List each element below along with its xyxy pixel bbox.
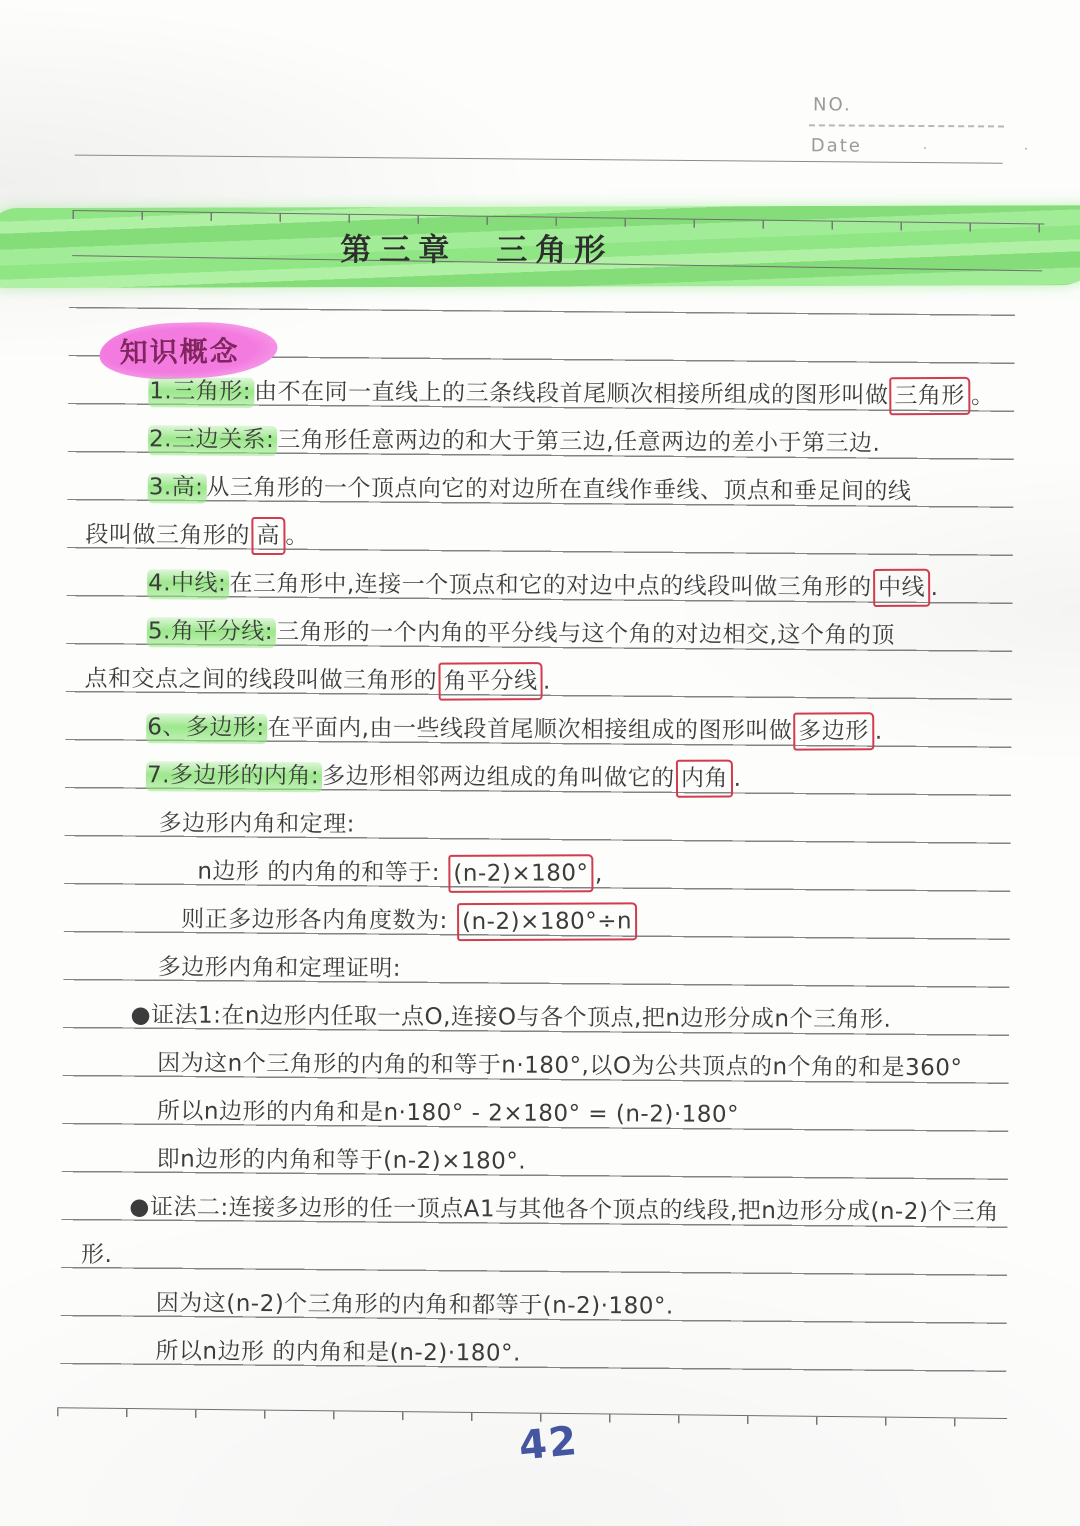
note-line: 5.角平分线:三角形的一个内角的平分线与这个角的对边相交,这个角的顶 [65,610,1040,664]
red-boxed-term: 多边形 [793,712,874,750]
date-handwritten-marks: · · [923,141,1074,158]
note-line: 2.三边关系:三角形任意两边的和大于第三边,任意两边的差小于第三边. [66,418,1041,472]
green-highlighted-term: 5.角平分线: [147,617,276,648]
note-line: 形. [61,1234,1036,1288]
green-highlighted-term: 1.三角形: [148,377,254,408]
green-highlighted-term: 3.高: [148,473,207,503]
note-text: 所以n边形的内角和是n·180° - 2×180° = (n-2)·180° [157,1098,739,1128]
note-text: 三角形的一个内角的平分线与这个角的对边相交,这个角的顶 [276,619,895,649]
note-text: 。 [285,523,309,549]
red-boxed-term: 三角形 [889,377,970,415]
header-rule-line [75,155,1003,164]
note-line: 6、多边形:在平面内,由一些线段首尾顺次相接组成的图形叫做多边形. [64,706,1039,760]
note-text: . [734,766,742,792]
note-text: . [931,575,939,601]
note-text: 所以n边形 的内角和是(n-2)·180°. [155,1338,521,1366]
note-text: 三角形任意两边的和大于第三边,任意两边的差小于第三边. [277,427,880,457]
note-text: ●证法1:在n边形内任取一点O,连接O与各个顶点,把n边形分成n个三角形. [130,1002,891,1033]
note-line: 即n边形的内角和等于(n-2)×180°. [61,1138,1036,1192]
note-line: 段叫做三角形的高。 [65,514,1040,568]
note-line: 因为这n个三角形的内角的和等于n·180°,以O为公共顶点的n个角的和是360° [62,1042,1037,1096]
note-text: 段叫做三角形的 [85,522,250,549]
note-line: ●证法1:在n边形内任取一点O,连接O与各个顶点,把n边形分成n个三角形. [62,994,1037,1048]
note-text: 则正多边形各内角度数为: [181,906,456,934]
no-label: NO. [813,94,852,115]
note-line: 则正多边形各内角度数为: (n-2)×180°÷n [63,898,1038,952]
no-dotted-line [809,114,1004,127]
note-text: 因为这n个三角形的内角的和等于n·180°,以O为公共顶点的n个角的和是360° [157,1050,962,1081]
note-text: 由不在同一直线上的三条线段首尾顺次相接所组成的图形叫做 [254,379,889,409]
note-text: ●证法二:连接多边形的任一顶点A1与其他各个顶点的线段,把n边形分成(n-2)个… [129,1194,999,1225]
section-label: 知识概念 [119,330,239,371]
note-line: 多边形内角和定理证明: [63,946,1038,1000]
note-text: n边形 的内角的和等于: [197,859,448,887]
red-boxed-term: (n-2)×180° [449,854,594,893]
red-boxed-term: 中线 [873,569,930,607]
note-text: . [875,719,883,745]
note-line: 7.多边形的内角:多边形相邻两边组成的角叫做它的内角. [64,754,1039,808]
green-highlighted-term: 7.多边形的内角: [146,761,322,792]
note-text: 在三角形中,连接一个顶点和它的对边中点的线段叫做三角形的 [229,571,871,601]
note-line: 3.高:从三角形的一个顶点向它的对边所在直线作垂线、顶点和垂足间的线 [66,466,1041,520]
photo-tilt-wrapper: NO. Date · · 第三章 三角形 知识概念 1.三角形:由不在同一直线上… [0,0,1080,1526]
note-line: ●证法二:连接多边形的任一顶点A1与其他各个顶点的线段,把n边形分成(n-2)个… [61,1186,1036,1240]
note-text: 即n边形的内角和等于(n-2)×180°. [157,1146,527,1174]
note-line: 点和交点之间的线段叫做三角形的角平分线. [64,658,1039,712]
red-boxed-term: 角平分线 [438,662,542,700]
note-line: 所以n边形 的内角和是(n-2)·180°. [60,1330,1035,1384]
note-text: 多边形相邻两边组成的角叫做它的 [322,763,675,791]
note-text: 多边形内角和定理: [159,810,355,837]
note-text: 多边形内角和定理证明: [158,954,401,981]
note-text: 形. [81,1242,112,1268]
note-line: 4.中线:在三角形中,连接一个顶点和它的对边中点的线段叫做三角形的中线. [65,562,1040,616]
green-highlighted-term: 6、多边形: [146,713,268,744]
note-text: 从三角形的一个顶点向它的对边所在直线作垂线、顶点和垂足间的线 [206,475,911,505]
note-line: 1.三角形:由不在同一直线上的三条线段首尾顺次相接所组成的图形叫做三角形。 [66,370,1041,424]
red-boxed-term: 内角 [676,760,733,798]
note-text: , [595,861,603,887]
notes-body: 1.三角形:由不在同一直线上的三条线段首尾顺次相接所组成的图形叫做三角形。2.三… [60,370,1041,1384]
notebook-page: NO. Date · · 第三章 三角形 知识概念 1.三角形:由不在同一直线上… [0,0,1080,1526]
note-text: 因为这(n-2)个三角形的内角和都等于(n-2)·180°. [156,1290,674,1319]
green-highlighted-term: 2.三边关系: [148,425,277,456]
note-line: 因为这(n-2)个三角形的内角和都等于(n-2)·180°. [61,1282,1036,1336]
chapter-title: 第三章 三角形 [340,224,613,269]
green-highlighted-term: 4.中线: [147,569,229,600]
note-line: 所以n边形的内角和是n·180° - 2×180° = (n-2)·180° [62,1090,1037,1144]
red-boxed-term: (n-2)×180°÷n [457,902,637,941]
note-text: 。 [971,383,995,409]
note-text: . [543,669,551,695]
page-number: 42 [517,1418,581,1470]
note-text: 点和交点之间的线段叫做三角形的 [84,666,437,694]
date-label: Date [811,135,862,156]
red-boxed-term: 高 [251,517,285,555]
note-text: 在平面内,由一些线段首尾顺次相接组成的图形叫做 [268,715,793,744]
note-line: n边形 的内角的和等于: (n-2)×180°, [63,850,1038,904]
note-line: 多边形内角和定理: [64,802,1039,856]
